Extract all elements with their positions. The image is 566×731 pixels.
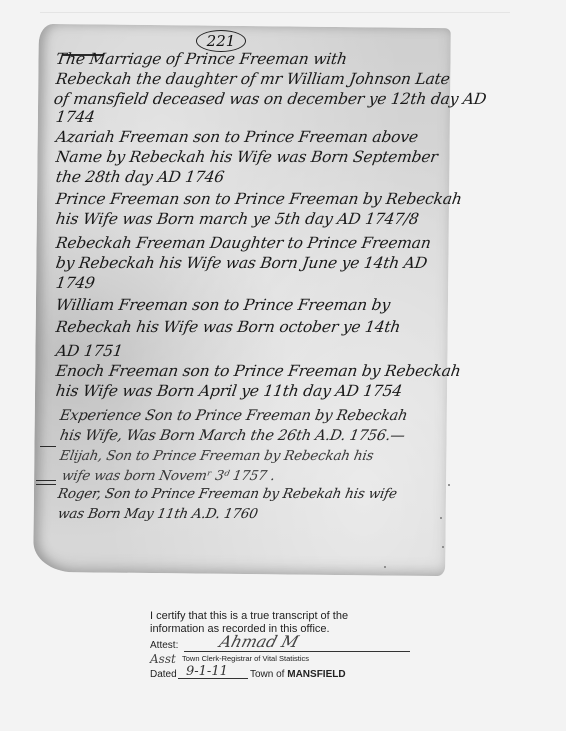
manuscript-line: Prince Freeman son to Prince Freeman by … <box>55 190 458 208</box>
signature-line <box>184 651 410 652</box>
manuscript-line: 1744 <box>55 108 458 126</box>
dated-row: Dated 9-1-11 Town of MANSFIELD <box>150 667 420 681</box>
scan-edge-line <box>40 12 510 13</box>
scan-speck <box>448 484 450 486</box>
manuscript-line: his Wife, Was Born March the 26th A.D. 1… <box>59 428 462 444</box>
dated-value: 9-1-11 <box>178 664 248 679</box>
certification-stamp: I certify that this is a true transcript… <box>150 610 420 681</box>
scan-speck <box>440 517 442 519</box>
manuscript-line: Experience Son to Prince Freeman by Rebe… <box>59 408 462 424</box>
manuscript-line: The Marriage of Prince Freeman with <box>55 50 458 68</box>
office-title: Town Clerk-Registrar of Vital Statistics <box>182 654 309 663</box>
attest-row: Attest: Ahmad M <box>150 640 420 654</box>
manuscript-line: was Born May 11th A.D. 1760 <box>57 506 460 522</box>
manuscript-line: by Rebeckah his Wife was Born June ye 14… <box>55 254 458 272</box>
manuscript-line: Name by Rebeckah his Wife was Born Septe… <box>55 148 458 166</box>
manuscript-line: William Freeman son to Prince Freeman by <box>55 296 458 314</box>
manuscript-line: his Wife was Born march ye 5th day AD 17… <box>55 210 458 228</box>
manuscript-line: Rebeckah his Wife was Born october ye 14… <box>55 318 458 336</box>
attest-label: Attest: <box>150 640 178 651</box>
manuscript-line: AD 1751 <box>55 342 458 360</box>
manuscript-line: Azariah Freeman son to Prince Freeman ab… <box>55 128 458 146</box>
manuscript-line: Rebeckah Freeman Daughter to Prince Free… <box>55 234 458 252</box>
margin-mark <box>40 446 56 447</box>
manuscript-line: Enoch Freeman son to Prince Freeman by R… <box>55 362 458 380</box>
margin-mark <box>36 484 56 485</box>
assistant-initials: Asst <box>150 652 176 666</box>
manuscript-line: the 28th day AD 1746 <box>55 168 458 186</box>
certification-text-line-1: I certify that this is a true transcript… <box>150 610 420 623</box>
manuscript-line: Rebeckah the daughter of mr William John… <box>55 70 458 88</box>
manuscript-line: of mansfield deceased was on december ye… <box>53 90 456 108</box>
scan-speck <box>442 546 444 548</box>
manuscript-line: his Wife was Born April ye 11th day AD 1… <box>55 382 458 400</box>
scan-speck <box>384 566 386 568</box>
folio-number: 221 <box>196 30 246 52</box>
manuscript-line: 1749 <box>55 274 458 292</box>
dated-label: Dated <box>150 669 177 680</box>
manuscript-line: wife was born Novemʳ 3ᵈ 1757 . <box>61 468 464 484</box>
town-label: Town of MANSFIELD <box>250 669 346 680</box>
manuscript-line: Elijah, Son to Prince Freeman by Rebecka… <box>59 448 462 464</box>
clerk-signature: Ahmad M <box>217 632 300 651</box>
margin-mark <box>36 480 56 481</box>
town-prefix: Town of <box>250 669 284 680</box>
manuscript-line: Roger, Son to Prince Freeman by Rebekah … <box>57 486 460 502</box>
town-name: MANSFIELD <box>287 669 345 680</box>
